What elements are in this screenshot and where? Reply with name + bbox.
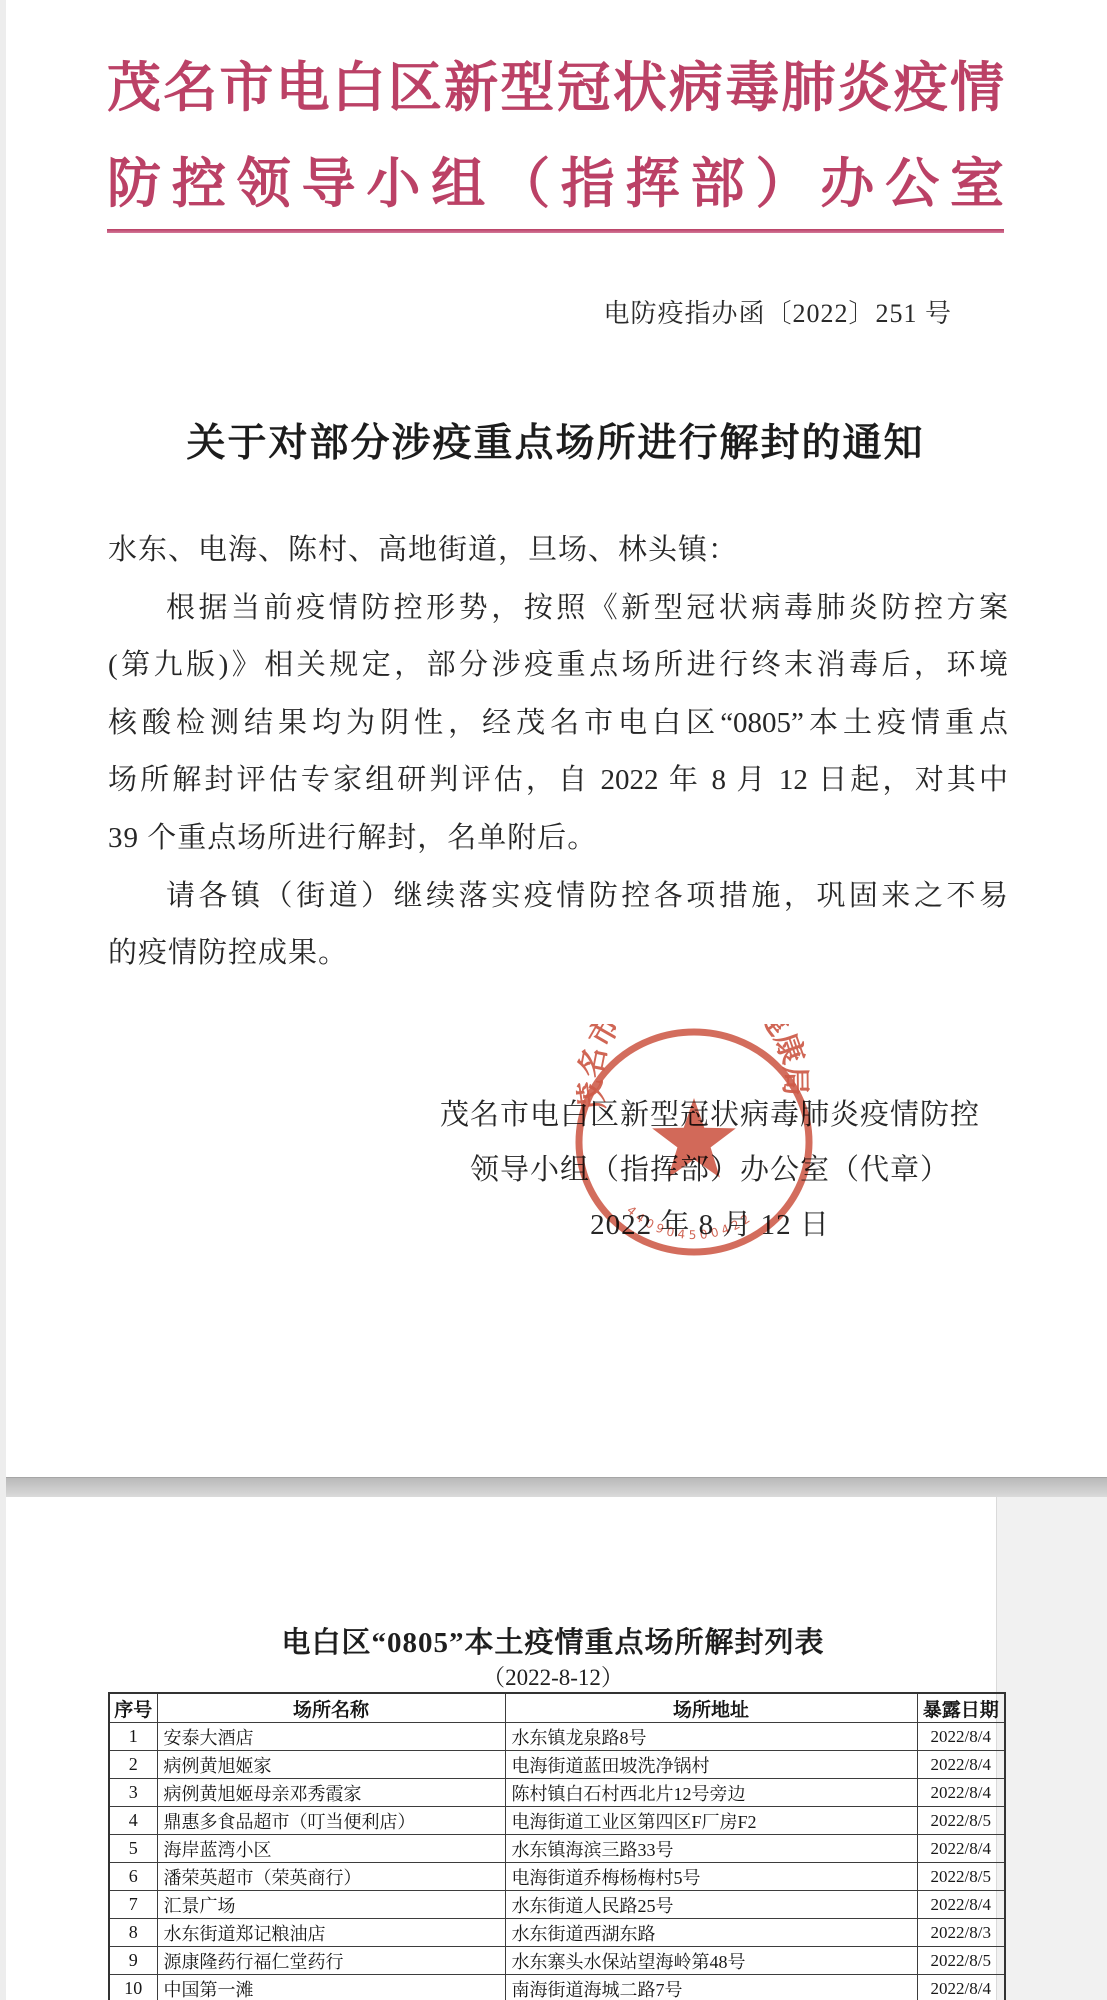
official-seal: 茂名市电白区卫生健康局 440904500422 [568,1024,820,1264]
table-cell: 源康隆药行福仁堂药行 [157,1947,505,1975]
table-cell: 病例黄旭姬母亲邓秀霞家 [157,1779,505,1807]
table-cell: 2022/8/4 [917,1723,1005,1751]
table-cell: 2022/8/4 [917,1779,1005,1807]
table-cell: 病例黄旭姬家 [157,1751,505,1779]
table-cell: 2022/8/5 [917,1807,1005,1835]
red-letterhead: 茂名市电白区新型冠状病毒肺炎疫情 防控领导小组（指挥部）办公室 [107,40,1004,232]
notice-body: 水东、电海、陈村、高地街道，旦场、林头镇： 根据当前疫情防控形势，按照《新型冠状… [108,522,1008,983]
table-cell: 海岸蓝湾小区 [157,1835,505,1863]
table-row: 4鼎惠多食品超市（叮当便利店）电海街道工业区第四区F厂房F22022/8/5 [109,1807,1005,1835]
release-table-body: 1安泰大酒店水东镇龙泉路8号2022/8/42病例黄旭姬家电海街道蓝田坡洗净锅村… [109,1723,1005,2000]
table-cell: 2022/8/3 [917,1919,1005,1947]
table-row: 6潘荣英超市（荣英商行）电海街道乔梅杨梅村5号2022/8/5 [109,1863,1005,1891]
scan-left-edge [0,0,6,2000]
table-header-row: 序号 场所名称 场所地址 暴露日期 [109,1693,1005,1723]
table-cell: 中国第一滩 [157,1975,505,2000]
letterhead-line-1: 茂名市电白区新型冠状病毒肺炎疫情 [107,40,1004,136]
body-line: 场所解封评估专家组研判评估，自 2022 年 8 月 12 日起，对其中 [108,752,1008,810]
table-cell: 汇景广场 [157,1891,505,1919]
page-2-right-margin [996,1497,1107,2000]
release-table: 序号 场所名称 场所地址 暴露日期 1安泰大酒店水东镇龙泉路8号2022/8/4… [108,1692,1006,2000]
document-page-1: 茂名市电白区新型冠状病毒肺炎疫情 防控领导小组（指挥部）办公室 电防疫指办函〔2… [0,0,1107,1477]
table-cell: 5 [109,1835,157,1863]
star-icon [652,1098,736,1178]
table-row: 3病例黄旭姬母亲邓秀霞家陈村镇白石村西北片12号旁边2022/8/4 [109,1779,1005,1807]
table-cell: 2 [109,1751,157,1779]
table-cell: 电海街道蓝田坡洗净锅村 [505,1751,917,1779]
red-divider-rule [107,229,1004,233]
table-row: 5海岸蓝湾小区水东镇海滨三路33号2022/8/4 [109,1835,1005,1863]
attachment-table-subtitle: （2022-8-12） [102,1659,1004,1692]
body-line: (第九版)》相关规定，部分涉疫重点场所进行终末消毒后，环境 [108,637,1008,695]
table-cell: 电海街道乔梅杨梅村5号 [505,1863,917,1891]
letterhead-line-2: 防控领导小组（指挥部）办公室 [107,136,1004,232]
table-cell: 安泰大酒店 [157,1723,505,1751]
col-header-venue: 场所名称 [157,1693,505,1723]
table-cell: 2022/8/4 [917,1835,1005,1863]
body-line: 核酸检测结果均为阴性，经茂名市电白区“0805”本土疫情重点 [108,695,1008,753]
table-cell: 水东街道人民路25号 [505,1891,917,1919]
table-cell: 电海街道工业区第四区F厂房F2 [505,1807,917,1835]
table-row: 10中国第一滩南海街道海城二路7号2022/8/4 [109,1975,1005,2000]
table-cell: 2022/8/4 [917,1891,1005,1919]
table-cell: 8 [109,1919,157,1947]
table-cell: 10 [109,1975,157,2000]
table-cell: 水东镇海滨三路33号 [505,1835,917,1863]
table-cell: 南海街道海城二路7号 [505,1975,917,2000]
table-cell: 潘荣英超市（荣英商行） [157,1863,505,1891]
table-row: 1安泰大酒店水东镇龙泉路8号2022/8/4 [109,1723,1005,1751]
body-line: 的疫情防控成果。 [108,925,1008,983]
table-cell: 3 [109,1779,157,1807]
body-line: 根据当前疫情防控形势，按照《新型冠状病毒肺炎防控方案 [108,580,1008,638]
table-cell: 6 [109,1863,157,1891]
table-cell: 水东寨头水保站望海岭第48号 [505,1947,917,1975]
table-cell: 鼎惠多食品超市（叮当便利店） [157,1807,505,1835]
table-cell: 水东街道郑记粮油店 [157,1919,505,1947]
attachment-table-title: 电白区“0805”本土疫情重点场所解封列表 [102,1620,1004,1661]
table-cell: 2022/8/5 [917,1863,1005,1891]
table-cell: 9 [109,1947,157,1975]
seal-serial-number: 440904500422 [624,1203,756,1242]
table-row: 7汇景广场水东街道人民路25号2022/8/4 [109,1891,1005,1919]
col-header-exposure: 暴露日期 [917,1693,1005,1723]
svg-text:440904500422: 440904500422 [624,1203,756,1242]
salutation-line: 水东、电海、陈村、高地街道，旦场、林头镇： [108,522,1008,580]
table-cell: 水东街道西湖东路 [505,1919,917,1947]
table-cell: 2022/8/5 [917,1947,1005,1975]
table-cell: 水东镇龙泉路8号 [505,1723,917,1751]
col-header-address: 场所地址 [505,1693,917,1723]
table-cell: 2022/8/4 [917,1751,1005,1779]
table-cell: 1 [109,1723,157,1751]
body-line: 请各镇（街道）继续落实疫情防控各项措施，巩固来之不易 [108,868,1008,926]
table-row: 2病例黄旭姬家电海街道蓝田坡洗净锅村2022/8/4 [109,1751,1005,1779]
table-cell: 2022/8/4 [917,1975,1005,2000]
col-header-index: 序号 [109,1693,157,1723]
page-divider-band [0,1477,1107,1498]
table-row: 9源康隆药行福仁堂药行水东寨头水保站望海岭第48号2022/8/5 [109,1947,1005,1975]
table-row: 8水东街道郑记粮油店水东街道西湖东路2022/8/3 [109,1919,1005,1947]
notice-title: 关于对部分涉疫重点场所进行解封的通知 [107,412,1004,468]
document-number: 电防疫指办函〔2022〕251 号 [603,293,952,330]
table-cell: 陈村镇白石村西北片12号旁边 [505,1779,917,1807]
table-cell: 4 [109,1807,157,1835]
table-cell: 7 [109,1891,157,1919]
body-line: 39 个重点场所进行解封，名单附后。 [108,810,1008,868]
